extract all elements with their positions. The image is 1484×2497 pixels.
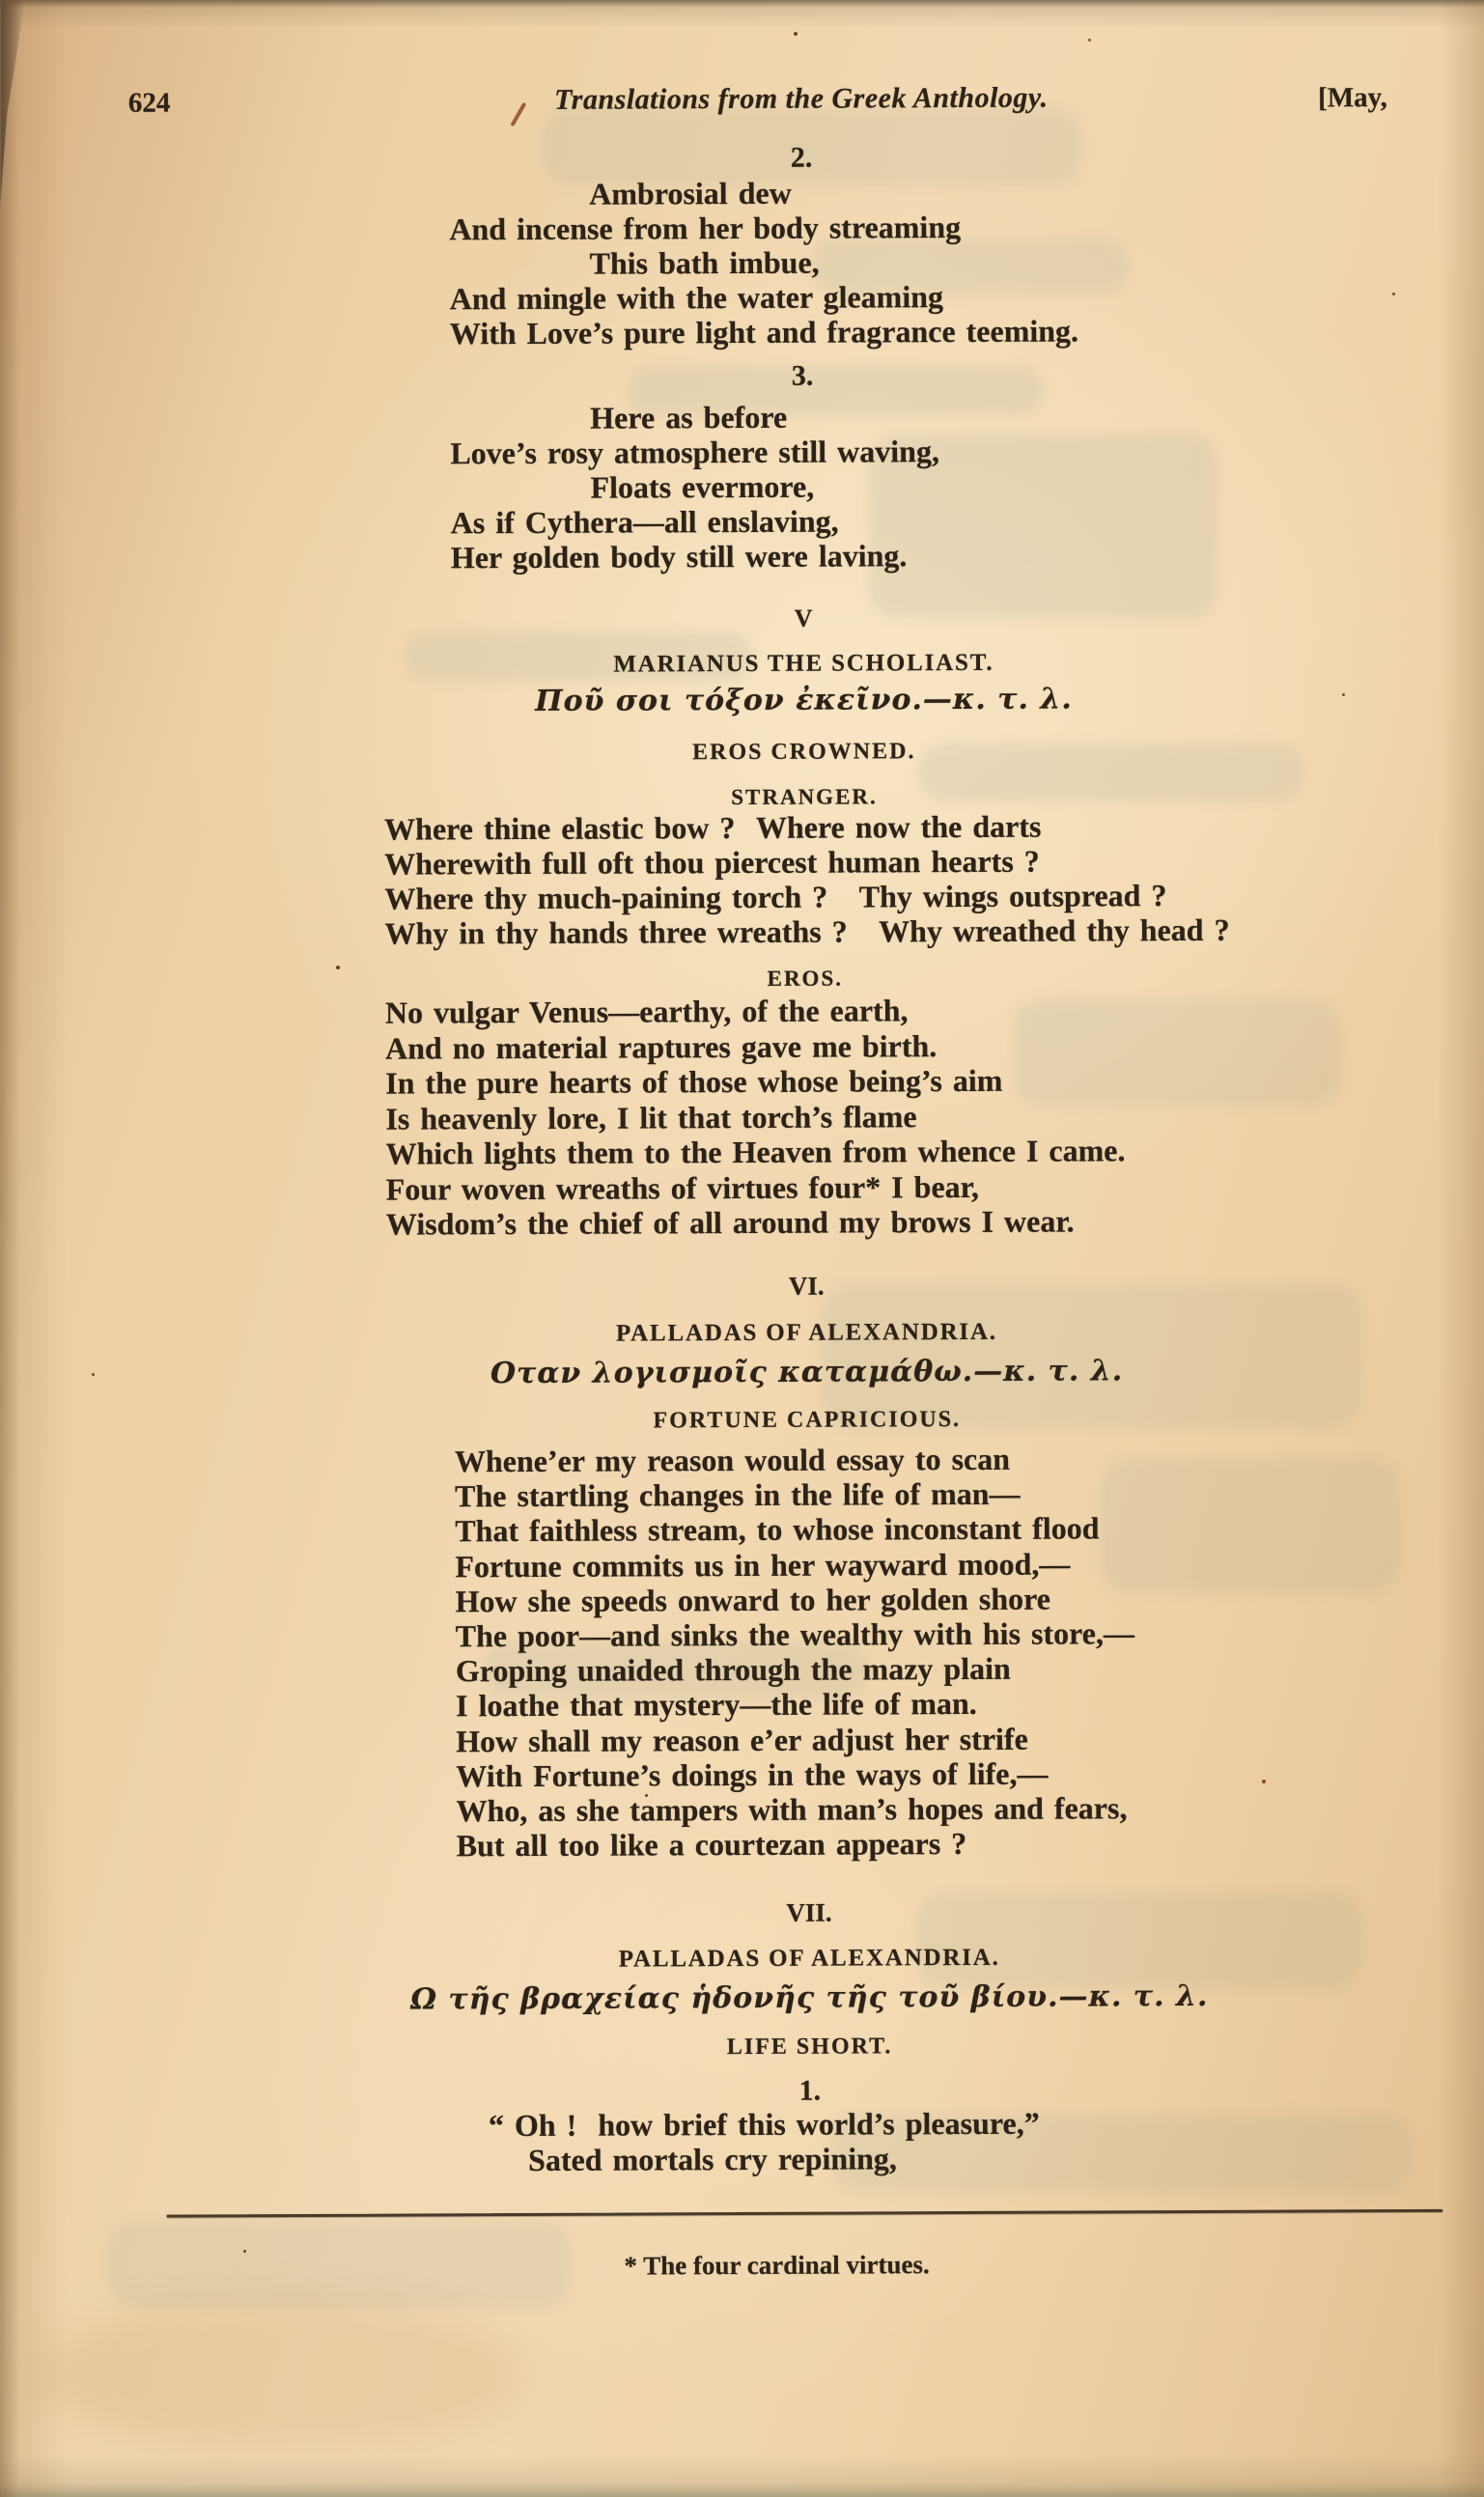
poem-line: Ambrosial dew <box>449 174 1078 211</box>
poem-line: Where thine elastic bow ? Where now the … <box>384 808 1229 847</box>
speaker-heading: STRANGER. <box>153 782 1456 813</box>
poem-line: With Love’s pure light and fragrance tee… <box>450 313 1078 351</box>
stanza-number: 1. <box>158 2072 1462 2111</box>
poem-stanza: Where thine elastic bow ? Where now the … <box>384 808 1230 951</box>
greek-epigraph: Ω τῆς βραχείας ἡδονῆς τῆς τοῦ βίου.—κ. τ… <box>157 1978 1461 2018</box>
poem-line: Why in thy hands three wreaths ? Why wre… <box>384 912 1229 951</box>
page-content: 624 Translations from the Greek Antholog… <box>0 0 1484 2497</box>
poem-line: And no material raptures gave me birth. <box>385 1027 1125 1066</box>
author-name: PALLADAS OF ALEXANDRIA. <box>157 1943 1461 1976</box>
running-title: Translations from the Greek Anthology. <box>150 80 1453 119</box>
poem-line: No vulgar Venus—earthy, of the earth, <box>385 992 1125 1030</box>
poem-line: The startling changes in the life of man… <box>455 1475 1134 1513</box>
greek-epigraph: Οταν λογισμοῖς καταμάθω.—κ. τ. λ. <box>154 1353 1458 1392</box>
poem-stanza: Here as before Love’s rosy atmosphere st… <box>450 399 939 575</box>
poem-title: FORTUNE CAPRICIOUS. <box>155 1405 1459 1437</box>
poem-line: Here as before <box>450 399 939 435</box>
poem-line: Love’s rosy atmosphere still waving, <box>450 434 939 470</box>
poem-line: With Fortune’s doings in the ways of lif… <box>456 1755 1134 1793</box>
poem-line: And incense from her body streaming <box>449 209 1078 246</box>
poem-line: Fortune commits us in her wayward mood,— <box>455 1546 1134 1584</box>
footnote-rule <box>166 2209 1442 2218</box>
poem-line: Groping unaided through the mazy plain <box>456 1650 1134 1688</box>
poem-line: Floats evermore, <box>450 468 939 505</box>
poem-stanza: Whene’er my reason would essay to scan T… <box>455 1441 1135 1864</box>
poem-line: And mingle with the water gleaming <box>450 278 1078 316</box>
footnote-text: * The four cardinal virtues. <box>126 2248 1429 2284</box>
poem-line: Sated mortals cry repining, <box>489 2141 1040 2177</box>
section-number: VI. <box>154 1269 1458 1305</box>
poem-line: Which lights them to the Heaven from whe… <box>385 1133 1125 1171</box>
poem-line: Is heavenly lore, I lit that torch’s fla… <box>385 1098 1125 1136</box>
poem-line: In the pure hearts of those whose being’… <box>385 1062 1125 1101</box>
section-number: V <box>152 602 1455 636</box>
poem-title: EROS CROWNED. <box>153 737 1456 769</box>
issue-date: [May, <box>1318 82 1387 114</box>
poem-line: Four woven wreaths of virtues four* I be… <box>386 1168 1126 1207</box>
speaker-heading: EROS. <box>154 964 1457 995</box>
stanza-number: 2. <box>150 139 1453 178</box>
poem-line: How shall my reason e’er adjust her stri… <box>456 1721 1134 1758</box>
poem-line: “ Oh ! how brief this world’s pleasure,” <box>489 2106 1040 2143</box>
poem-stanza: No vulgar Venus—earthy, of the earth, An… <box>385 992 1126 1242</box>
poem-line: That faithless stream, to whose inconsta… <box>455 1511 1134 1549</box>
poem-stanza: “ Oh ! how brief this world’s pleasure,”… <box>489 2106 1040 2177</box>
section-number: VII. <box>157 1895 1461 1931</box>
poem-line: Where thy much-paining torch ? Thy wings… <box>384 878 1229 916</box>
book-page: 624 Translations from the Greek Antholog… <box>0 0 1484 2497</box>
poem-line: I loathe that mystery—the life of man. <box>456 1686 1134 1724</box>
author-name: MARIANUS THE SCHOLIAST. <box>152 648 1455 681</box>
poem-line: Her golden body still were laving. <box>451 538 940 575</box>
poem-line: This bath imbue, <box>449 243 1078 281</box>
poem-line: As if Cythera—all enslaving, <box>451 503 940 540</box>
poem-line: But all too like a courtezan appears ? <box>457 1825 1135 1863</box>
poem-line: How she speeds onward to her golden shor… <box>456 1581 1134 1618</box>
poem-line: Whene’er my reason would essay to scan <box>455 1441 1134 1478</box>
poem-line: The poor—and sinks the wealthy with his … <box>456 1615 1134 1653</box>
poem-line: Who, as she tampers with man’s hopes and… <box>456 1790 1134 1828</box>
stanza-number: 3. <box>151 357 1454 396</box>
poem-line: Wherewith full oft thou piercest human h… <box>384 843 1229 882</box>
greek-epigraph: Ποῦ σοι τόξον ἐκεῖνο.—κ. τ. λ. <box>152 681 1455 720</box>
poem-title: LIFE SHORT. <box>158 2032 1462 2063</box>
author-name: PALLADAS OF ALEXANDRIA. <box>154 1317 1458 1350</box>
poem-line: Wisdom’s the chief of all around my brow… <box>386 1203 1126 1242</box>
poem-stanza: Ambrosial dew And incense from her body … <box>449 174 1078 351</box>
